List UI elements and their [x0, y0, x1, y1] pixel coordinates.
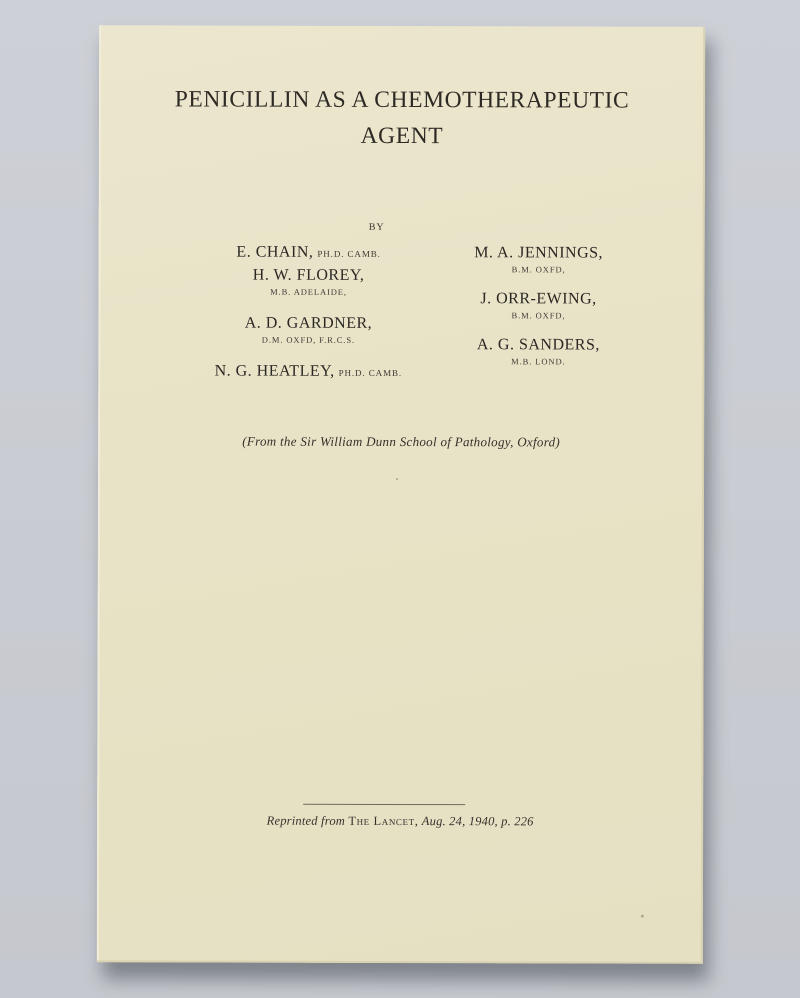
- title-line-1: PENICILLIN AS A CHEMOTHERAPEUTIC: [99, 81, 705, 119]
- authors-left-column: E. CHAIN,PH.D. CAMB. H. W. FLOREY, M.B. …: [158, 243, 458, 389]
- reprint-date: Aug. 24, 1940,: [422, 814, 498, 828]
- author-name: J. ORR-EWING,: [480, 290, 596, 307]
- author-degree: D.M. OXFD, F.R.C.S.: [158, 334, 458, 345]
- author-degree: M.B. LOND.: [428, 356, 648, 367]
- reprint-journal: The Lancet,: [348, 814, 418, 828]
- by-label: BY: [369, 222, 385, 233]
- affiliation: (From the Sir William Dunn School of Pat…: [98, 433, 704, 451]
- authors-right-column: M. A. JENNINGS, B.M. OXFD, J. ORR-EWING,…: [428, 244, 648, 367]
- author-name: E. CHAIN,: [236, 244, 313, 261]
- reprint-page: p. 226: [501, 814, 533, 828]
- author-degree: B.M. OXFD,: [429, 264, 649, 275]
- document-page: PENICILLIN AS A CHEMOTHERAPEUTIC AGENT B…: [97, 25, 705, 964]
- author-name: M. A. JENNINGS,: [474, 244, 603, 261]
- author-gardner: A. D. GARDNER, D.M. OXFD, F.R.C.S.: [158, 314, 458, 363]
- author-sanders: A. G. SANDERS, M.B. LOND.: [428, 336, 648, 367]
- document-title: PENICILLIN AS A CHEMOTHERAPEUTIC AGENT: [99, 81, 705, 155]
- author-jennings: M. A. JENNINGS, B.M. OXFD,: [429, 244, 649, 285]
- author-florey: H. W. FLOREY, M.B. ADELAIDE,: [158, 266, 458, 315]
- reprint-prefix: Reprinted from: [267, 814, 345, 828]
- author-name: A. G. SANDERS,: [477, 336, 600, 353]
- paper-speck: [396, 478, 398, 480]
- author-degree: M.B. ADELAIDE,: [159, 286, 459, 297]
- author-degree: PH.D. CAMB.: [317, 249, 380, 259]
- author-heatley: N. G. HEATLEY,PH.D. CAMB.: [158, 362, 458, 389]
- title-line-2: AGENT: [99, 117, 705, 155]
- author-name: H. W. FLOREY,: [253, 267, 365, 284]
- author-orr-ewing: J. ORR-EWING, B.M. OXFD,: [428, 290, 648, 331]
- author-chain: E. CHAIN,PH.D. CAMB.: [159, 243, 459, 267]
- paper-speck: [641, 915, 644, 918]
- divider-rule: [303, 804, 465, 805]
- author-name: A. D. GARDNER,: [245, 315, 372, 332]
- author-degree: PH.D. CAMB.: [339, 368, 402, 378]
- author-name: N. G. HEATLEY,: [215, 363, 335, 380]
- reprint-note: Reprinted from The Lancet, Aug. 24, 1940…: [97, 813, 703, 830]
- author-degree: B.M. OXFD,: [428, 310, 648, 321]
